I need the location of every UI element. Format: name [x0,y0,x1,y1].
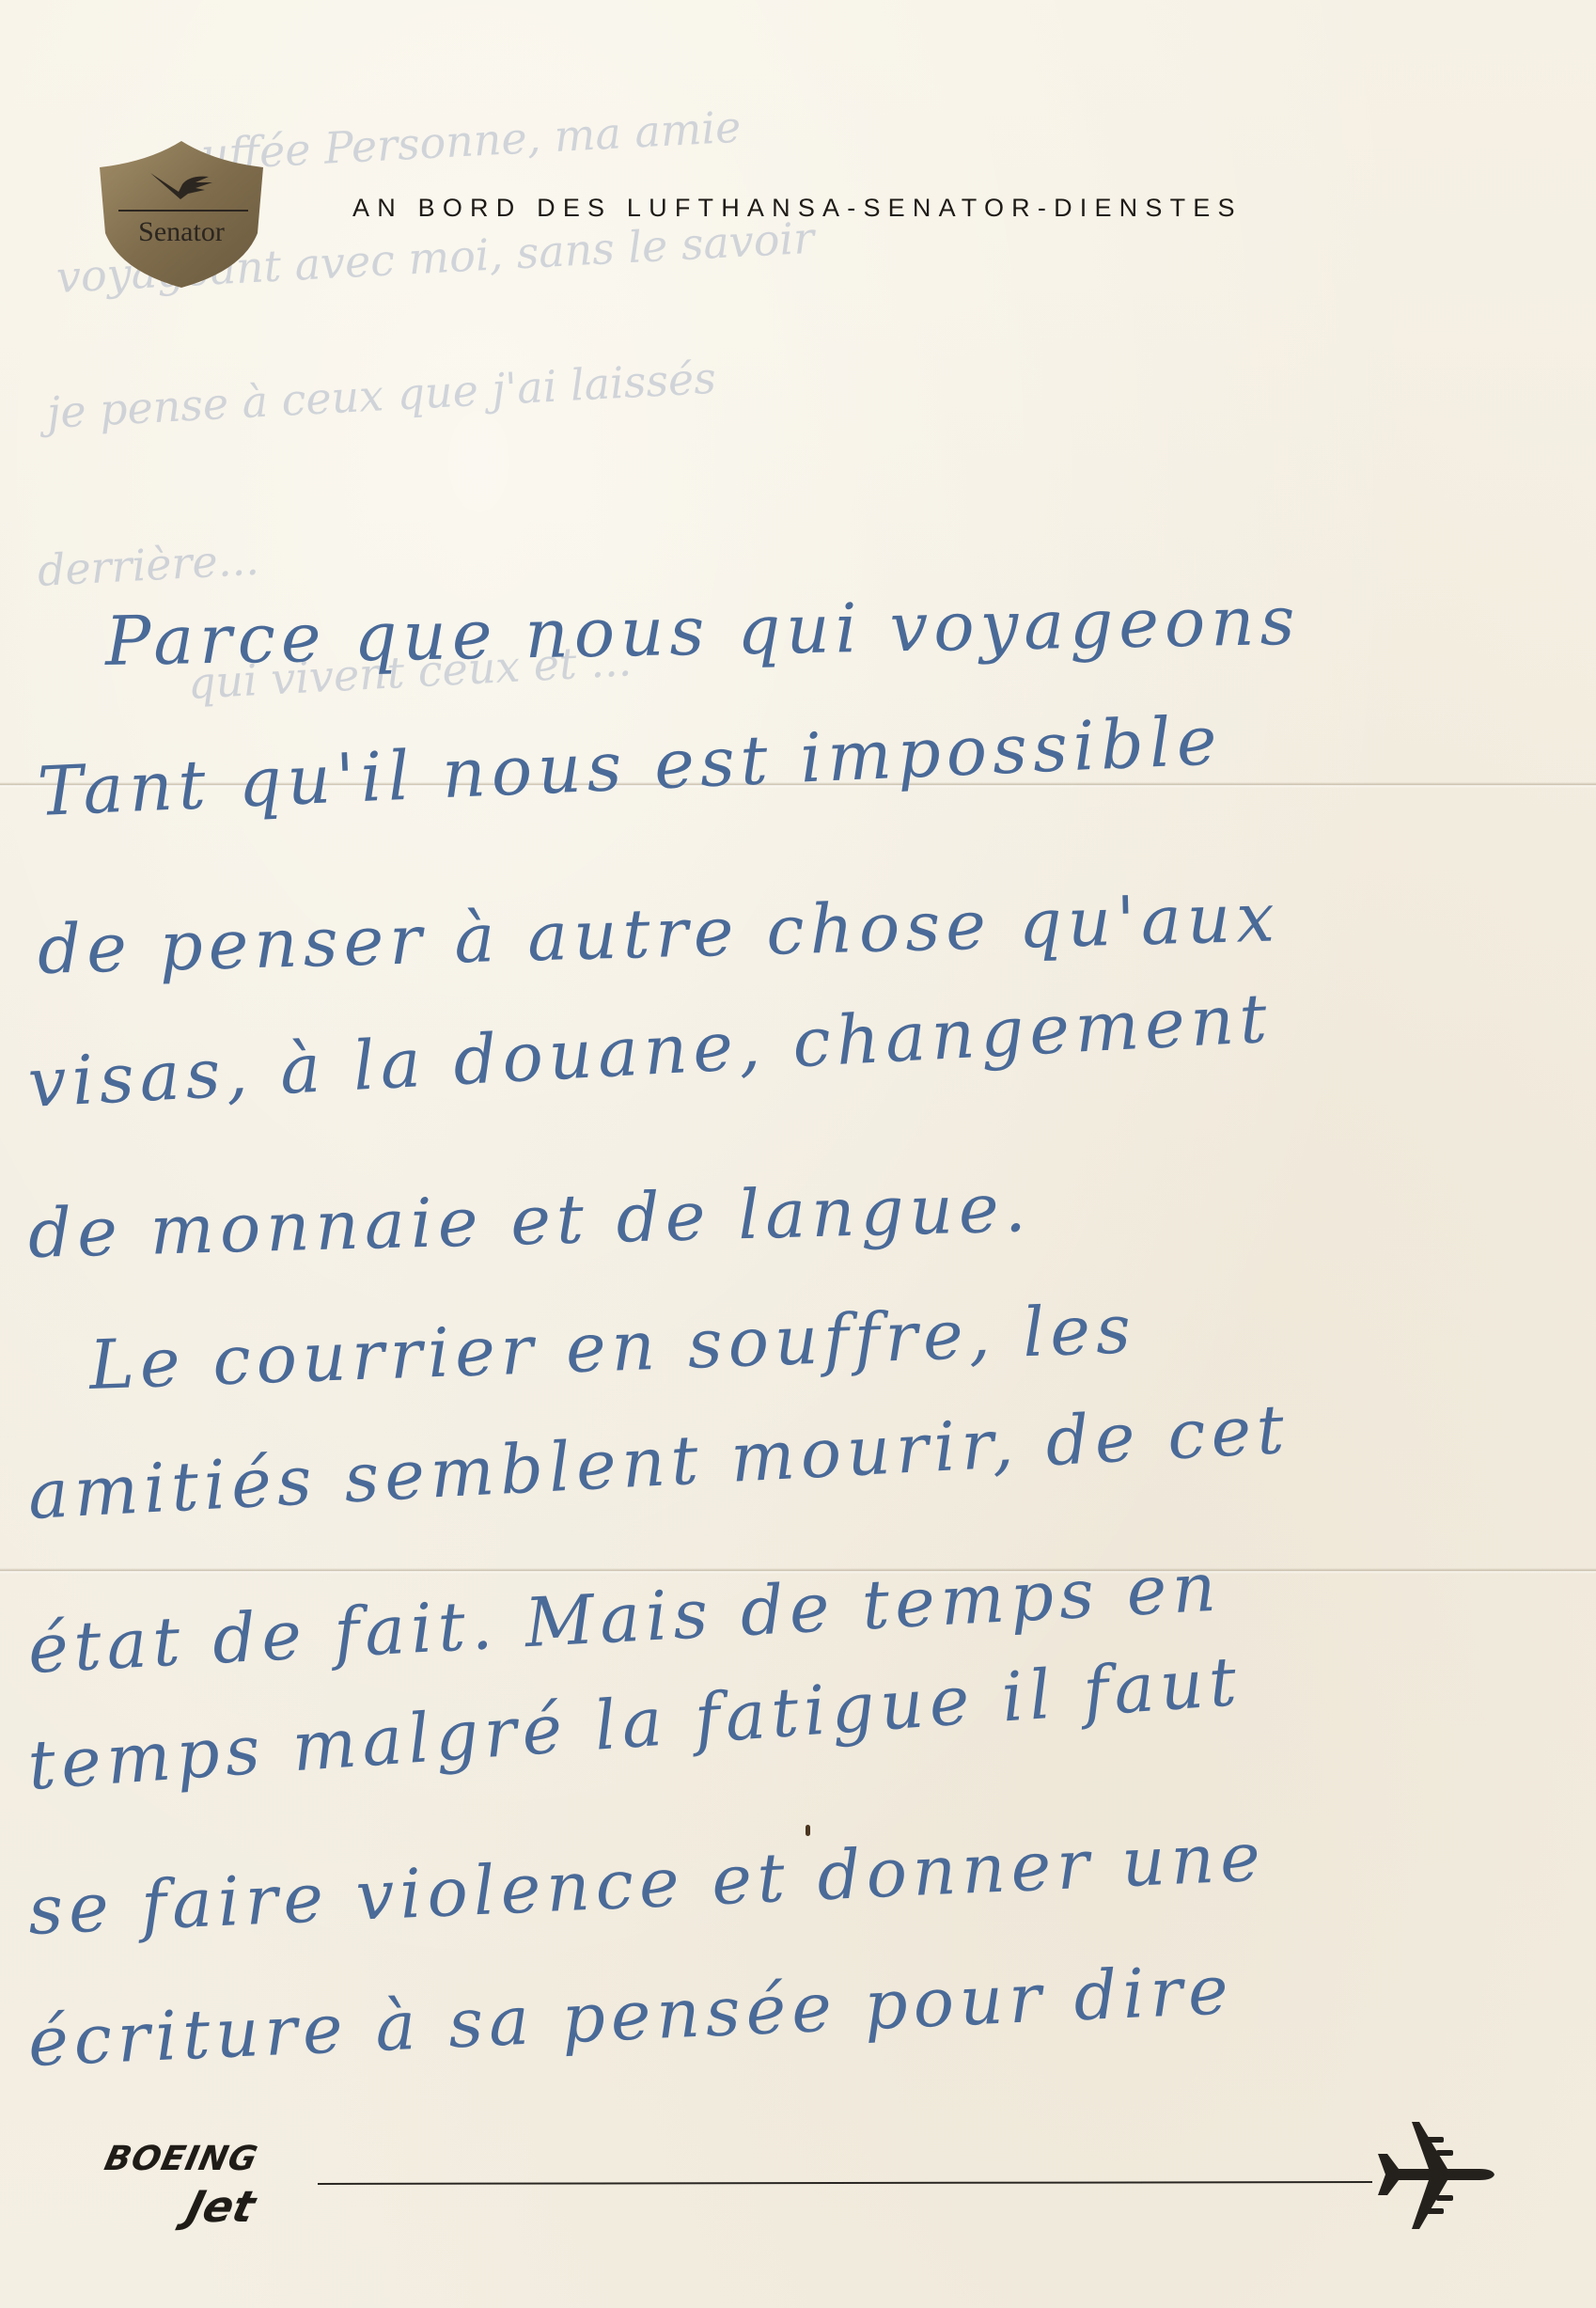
senator-crest-icon: Senator [92,139,271,290]
ink-spot [806,1825,810,1836]
airplane-icon [1374,2120,1496,2231]
letter-paper [0,0,1596,2308]
letterhead-title: AN BORD DES LUFTHANSA-SENATOR-DIENSTES [352,194,1243,223]
boeing-wordmark: BOEING [102,2140,261,2178]
jet-wordmark: Jet [181,2181,260,2232]
boeing-jet-logo: BOEING Jet [105,2134,321,2237]
svg-text:Senator: Senator [138,216,225,247]
